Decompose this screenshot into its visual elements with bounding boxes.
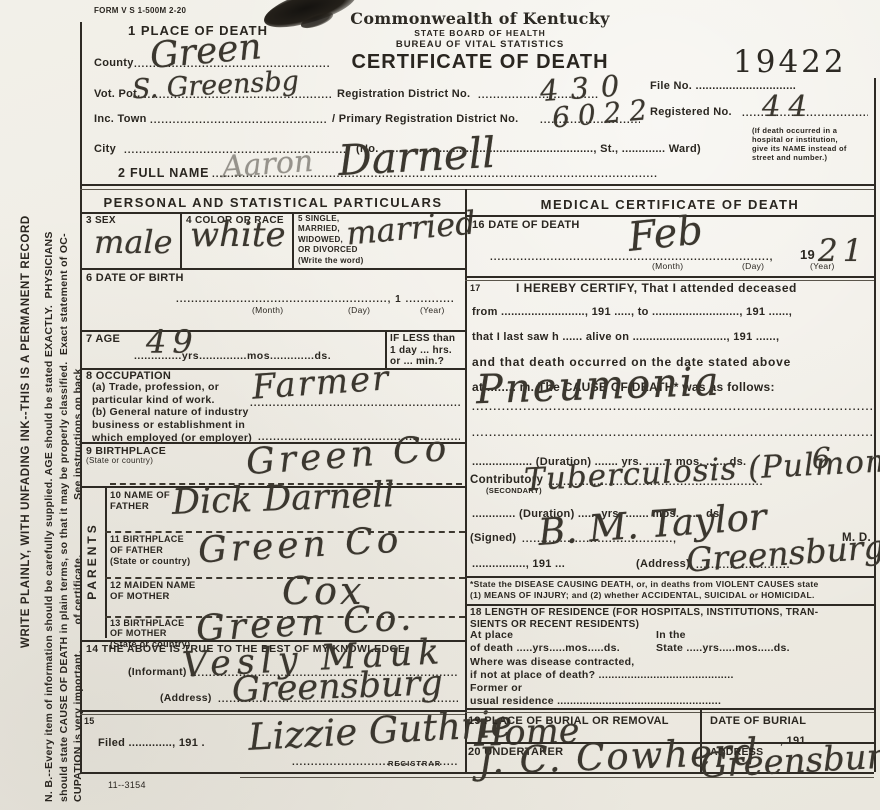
footnote-bottom-rule: [465, 604, 874, 606]
age-less-than-box: IF LESS than 1 day ... hrs. or ... min.?: [390, 333, 455, 368]
inc-town-label: Inc. Town: [94, 113, 147, 126]
hospital-note: (If death occurred in a hospital or inst…: [752, 126, 874, 162]
filed-item-number: 15: [84, 716, 95, 726]
margin-warning-text: WRITE PLAINLY, WITH UNFADING INK--THIS I…: [20, 18, 33, 648]
disease-contracted: Where was disease contracted, if not at …: [470, 656, 734, 682]
informant-label: (Informant): [128, 666, 187, 678]
date-of-death-label: 16 DATE OF DEATH: [472, 219, 580, 232]
signed-date-line: ................, 191 ...: [472, 558, 565, 571]
dob-rule: [80, 330, 465, 332]
date-of-burial-label: DATE OF BURIAL: [710, 715, 806, 728]
registrar-label: REGISTRAR: [388, 760, 441, 769]
cause-footnote: *State the DISEASE CAUSING DEATH, or, in…: [470, 579, 819, 601]
occupation-b-label: (b) General nature of industry business …: [92, 406, 252, 445]
bureau-label: BUREAU OF VITAL STATISTICS: [340, 40, 620, 51]
parents-vertical-label: PARENTS: [86, 488, 100, 634]
header-divider-2: [80, 189, 874, 190]
death-certificate-scan: WRITE PLAINLY, WITH UNFADING INK--THIS I…: [0, 0, 880, 810]
age-label: 7 AGE: [86, 333, 120, 346]
father-birthplace-value: Green Co: [197, 523, 403, 570]
sex-value: male: [94, 226, 173, 258]
header-divider: [80, 184, 874, 186]
father-birthplace-label: 11 BIRTHPLACE OF FATHER (State or countr…: [110, 534, 190, 566]
certify-item-number: 17: [470, 283, 481, 293]
informant-address-value: Greensburg: [231, 666, 443, 708]
race-value: white: [190, 218, 286, 252]
father-name-label: 10 NAME OF FATHER: [110, 490, 170, 513]
residence-at-place: At place of death .....yrs.....mos.....d…: [470, 629, 620, 655]
certify-heading: I HEREBY CERTIFY, That I attended deceas…: [516, 282, 797, 296]
physician-address-label: (Address): [636, 558, 690, 571]
dod-day-caption: (Day): [742, 262, 764, 272]
occupation-value: Farmer: [251, 361, 391, 405]
burial-top-rule: [465, 708, 874, 710]
father-name-value: Dick Darnell: [171, 478, 395, 521]
dob-month-caption: (Month): [252, 306, 283, 316]
certificate-number: 19422: [733, 44, 847, 80]
dob-year-caption: (Year): [420, 306, 445, 316]
marital-value: married: [345, 206, 477, 249]
registered-no-value: 44: [762, 92, 815, 121]
form-code: 11--3154: [108, 780, 146, 790]
dod-year-caption: (Year): [810, 262, 835, 272]
dod-month-caption: (Month): [652, 262, 683, 272]
state-board-label: STATE BOARD OF HEALTH: [340, 29, 620, 39]
filed-line: Filed ............., 191 .: [98, 737, 205, 750]
full-name-label: 2 FULL NAME: [118, 166, 209, 180]
primary-registration-label: / Primary Registration District No.: [332, 113, 519, 126]
residence-in-state: In the State .....yrs.....mos.....ds.: [656, 629, 790, 655]
form-left-border: [80, 22, 82, 772]
city-label: City: [94, 143, 116, 156]
footnote-top-rule: [465, 576, 874, 578]
form-right-border: [874, 78, 876, 772]
cause-dots-1: ........................................…: [472, 402, 872, 414]
dob-line: ........................................…: [176, 294, 462, 306]
sex-row-rule: [80, 268, 465, 270]
dod-rule: [465, 276, 874, 278]
cause-dots-2: ........................................…: [472, 428, 872, 440]
occupation-a-label: (a) Trade, profession, or particular kin…: [92, 381, 219, 407]
commonwealth-title: Commonwealth of Kentucky: [340, 10, 620, 28]
age-line: ..............yrs..............mos......…: [134, 350, 380, 362]
signed-label: (Signed): [470, 532, 516, 545]
certify-from-line: from ........................., 191 ....…: [472, 306, 792, 319]
form-number: FORM V S 1-500M 2-20: [94, 6, 186, 15]
mother-name-label: 12 MAIDEN NAME OF MOTHER: [110, 580, 196, 603]
dob-day-caption: (Day): [348, 306, 370, 316]
primary-registration-value: 6022: [551, 96, 656, 133]
residence-label: 18 LENGTH OF RESIDENCE (FOR HOSPITALS, I…: [470, 607, 818, 631]
full-name-first: Aaron: [221, 147, 314, 183]
certify-saw-line: that I last saw h ...... alive on ......…: [472, 331, 779, 344]
informant-address-label: (Address): [160, 692, 212, 704]
county-label: County: [94, 57, 134, 70]
birthplace-sublabel: (State or country): [86, 456, 153, 465]
date-of-death-value: Feb: [626, 210, 705, 258]
sex-race-divider: [180, 212, 182, 268]
undertaker-address-value: Greensburg: [699, 739, 880, 784]
race-marital-divider: [292, 212, 294, 268]
inc-town-dots: ........................................…: [150, 115, 328, 127]
dob-label: 6 DATE OF BIRTH: [86, 272, 184, 285]
full-name-last: Darnell: [337, 132, 497, 182]
former-residence: Former or usual residence ..............…: [470, 682, 721, 708]
registration-district-label: Registration District No.: [337, 88, 470, 101]
registered-no-label: Registered No.: [650, 106, 732, 119]
